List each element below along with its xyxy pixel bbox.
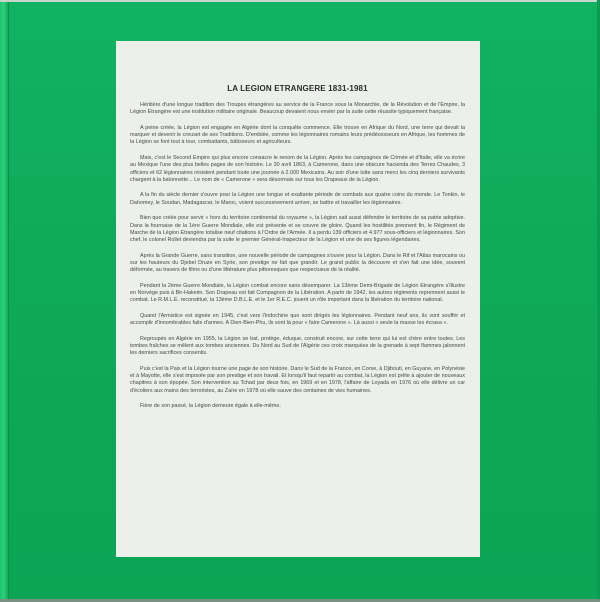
- paragraph-peace-interventions: Puis c'est la Paix et la Légion tourne u…: [130, 366, 465, 395]
- paragraph-algeria-1955: Regroupés en Algérie en 1955, la Légion …: [130, 336, 465, 358]
- paragraph-indochina: Quand l'Armistice est signée en 1945, c'…: [130, 313, 465, 328]
- document-title: LA LEGION ETRANGERE 1831-1981: [130, 84, 465, 93]
- paragraph-world-war-one: Bien que créée pour servir « hors du ter…: [130, 215, 465, 244]
- text-panel: LA LEGION ETRANGERE 1831-1981 Héritière …: [116, 41, 480, 557]
- paragraph-algeria-conquest: A peine créée, la Légion est engagée en …: [130, 125, 465, 147]
- page-top-edge: [0, 0, 600, 2]
- paragraph-camerone: Mais, c'est le Second Empire qui plus en…: [130, 155, 465, 184]
- paragraph-colonial-campaigns: A la fin du siècle dernier s'ouvre pour …: [130, 192, 465, 207]
- paragraph-conclusion: Fière de son passé, la Légion demeure ég…: [130, 403, 465, 410]
- paragraph-world-war-two: Pendant la 2ème Guerre Mondiale, la Légi…: [130, 283, 465, 305]
- paragraph-interwar: Après la Grande Guerre, sans transition,…: [130, 253, 465, 275]
- paragraph-heritage: Héritière d'une longue tradition des Tro…: [130, 102, 465, 117]
- book-spine-edge: [0, 0, 9, 602]
